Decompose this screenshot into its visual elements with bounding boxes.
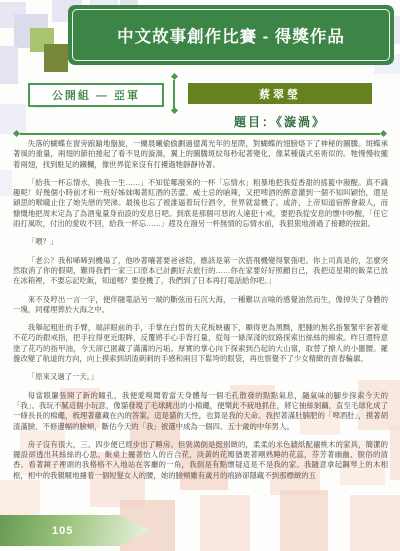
competition-title-banner: 中文故事創作比賽 - 得獎作品 <box>68 5 394 65</box>
decor-square <box>280 490 328 551</box>
story-paragraph: 每當眼簾張開了新的瞳孔，我便愛嗅聞着當天身體每一個毛孔散發的點點氣息，隨氣味的腳… <box>13 391 388 432</box>
story-paragraph: 「給我一杯忘情水，換我一生……」不知從哪潑來的一杯「忘情水」粗暴地把我從香甜的搖… <box>13 178 388 229</box>
publication-page: 中文故事創作比賽 - 得獎作品 公開組 — 亞軍 蔡翠瑩 題目：《漩渦》 失落的… <box>0 0 400 551</box>
decor-olive-square <box>44 44 68 72</box>
author-badge: 蔡翠瑩 <box>188 83 372 104</box>
decor-square <box>350 495 400 551</box>
author-name: 蔡翠瑩 <box>259 86 301 102</box>
story-text: 失落的蝴蝶在窗旁踉蹌地盤旋，一縷晨曦偷偷劃過億萬光年的星際，對蝴蝶的翅膀烙下了神… <box>13 139 388 489</box>
decor-square <box>390 425 400 480</box>
decor-square <box>0 46 18 84</box>
diamond-ornament <box>170 107 177 114</box>
story-paragraph: 「喂？」 <box>13 237 388 247</box>
decor-square <box>0 170 12 196</box>
story-paragraph: 「原來又過了一天。」 <box>13 372 388 382</box>
page-number: 105 <box>52 525 73 537</box>
story-paragraph: 房子沒有很大，三、四步便已經步出了睡房。但裝潢倒是挺別緻的，柔柔的米色牆紙配襯桃… <box>13 440 388 481</box>
story-topic: 題目：《漩渦》 <box>188 113 372 130</box>
page-title: 中文故事創作比賽 - 得獎作品 <box>68 5 394 65</box>
horizontal-divider <box>20 133 380 135</box>
story-paragraph: 來不及哼出一言一字，便伴隨電話另一端的斷弦而石沉大海，一種難以言喻的感覺油然而生… <box>13 295 388 316</box>
category-badge: 公開組 — 亞軍 <box>28 83 164 107</box>
story-paragraph: 我舉起粗壯的手臂，端詳眼前的手，手掌在白皙的天花板映襯下，顯得更為黑黝，肥腫的無… <box>13 323 388 364</box>
decor-square <box>0 104 26 134</box>
category-label: 公開組 — 亞軍 <box>52 87 140 103</box>
vertical-divider <box>173 80 175 108</box>
page-number-chevron: 105 <box>0 515 150 546</box>
story-paragraph: 失落的蝴蝶在窗旁踉蹌地盤旋，一縷晨曦偷偷劃過億萬光年的星際，對蝴蝶的翅膀烙下了神… <box>13 139 388 170</box>
diamond-ornament <box>170 73 177 80</box>
diamond-ornament <box>380 130 387 137</box>
story-paragraph: 「老公？我和晞晞到機場了，他吵著嚷著要爸爸陪，應該是第一次搭飛機變得緊張吧。你上… <box>13 256 388 287</box>
decor-square <box>200 495 250 551</box>
